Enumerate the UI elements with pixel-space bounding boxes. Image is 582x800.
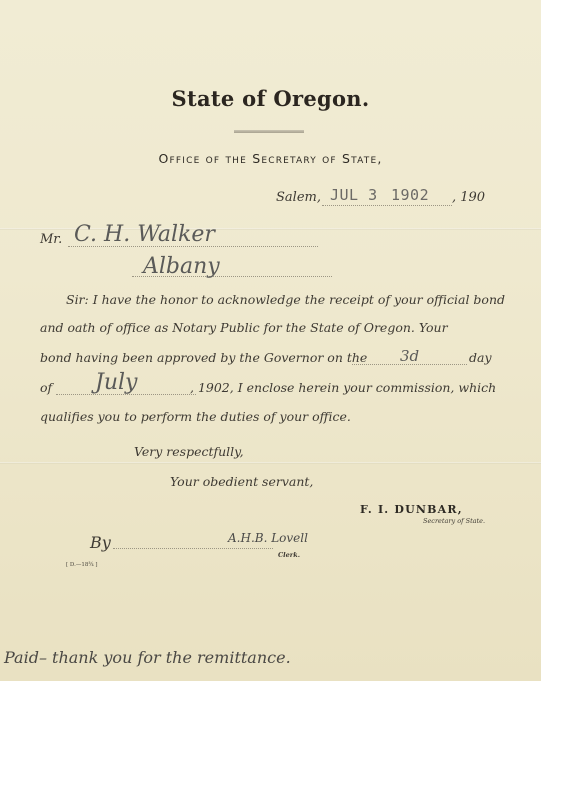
letterhead-title: State of Oregon. [0,86,541,111]
handwritten-note: Paid– thank you for the remittance. [4,648,291,667]
body-line-3b: day [469,350,492,365]
addressee-city: Albany [143,254,220,279]
body-line-2: and oath of office as Notary Public for … [40,320,448,335]
fold-line-lower [0,462,541,464]
addressee-name: C. H. Walker [74,222,215,247]
closing-line-1: Very respectfully, [134,444,244,459]
body-line-5: qualifies you to perform the duties of y… [40,409,351,424]
by-label: By [90,533,111,552]
stamped-year: 1902 [391,186,429,204]
dateline-place: Salem, [276,190,321,205]
secretary-title: Secretary of State. [423,517,485,525]
approval-day: 3d [400,347,419,365]
form-code: [ D.—18¾ ] [66,562,98,568]
date-blank [322,205,452,206]
body-line-4a: of [40,380,52,395]
body-line-1: Sir: I have the honor to acknowledge the… [66,292,505,307]
clerk-signature: A.H.B. Lovell [228,531,308,545]
stamped-date: JUL 3 [330,186,378,204]
addressee-prefix: Mr. [40,232,62,247]
title-divider [234,130,304,133]
office-heading: Office of the Secretary of State, [0,151,541,166]
body-line-3a: bond having been approved by the Governo… [40,350,367,365]
closing-line-2: Your obedient servant, [170,474,313,489]
body-line-4b: , 1902, I enclose herein your commission… [190,380,496,395]
printed-year: , 190 [452,190,485,205]
approval-month: July [95,370,137,395]
secretary-name: F. I. DUNBAR, [360,503,463,516]
clerk-signature-blank [113,548,273,549]
clerk-label: Clerk. [278,551,300,559]
letter-paper: State of Oregon. Office of the Secretary… [0,0,541,681]
